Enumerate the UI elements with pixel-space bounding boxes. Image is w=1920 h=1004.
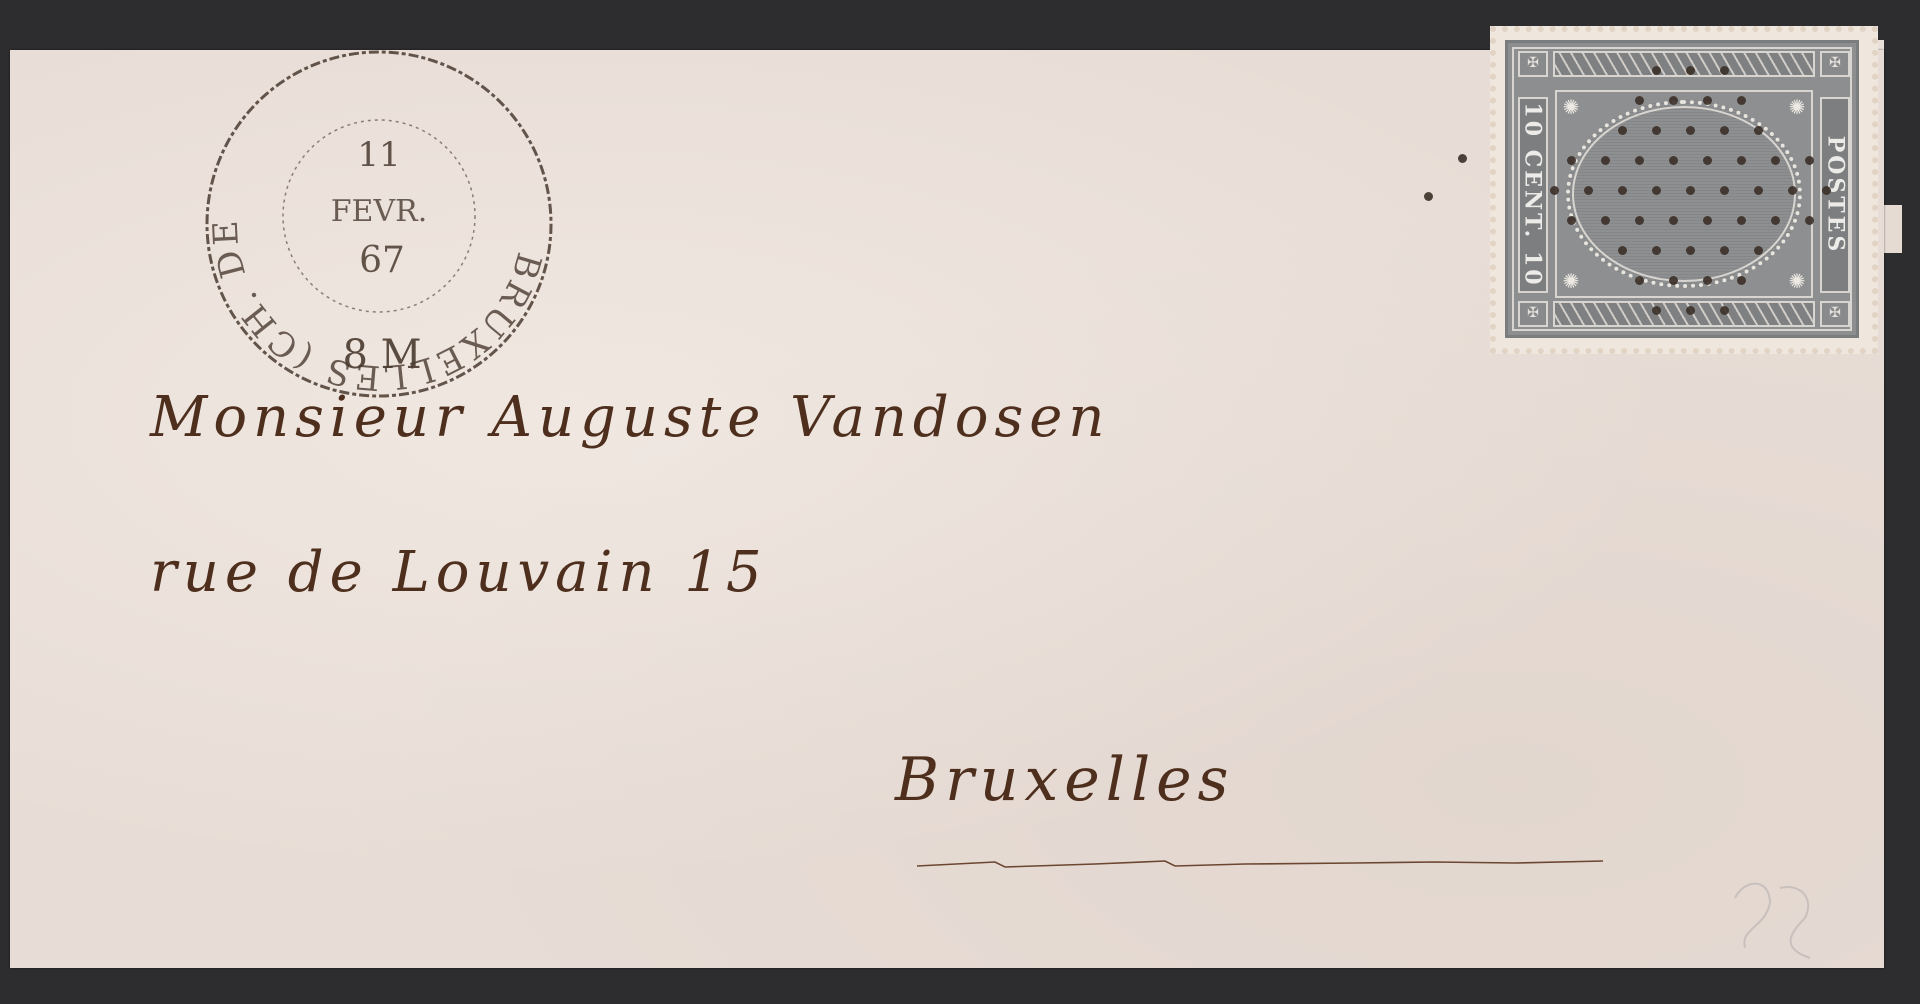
cancel-dot bbox=[1618, 126, 1627, 135]
postmark-month: FEVR. bbox=[331, 194, 428, 229]
cancel-dot bbox=[1652, 306, 1661, 315]
rosette-icon: ✺ bbox=[1786, 96, 1808, 118]
cancel-dot bbox=[1458, 154, 1467, 163]
cancel-dot bbox=[1601, 216, 1610, 225]
cancel-dot bbox=[1771, 156, 1780, 165]
cancel-dot bbox=[1424, 192, 1433, 201]
cancel-dot bbox=[1669, 96, 1678, 105]
cancel-dot bbox=[1652, 186, 1661, 195]
address-line-1: Monsieur Auguste Vandosen bbox=[150, 385, 1110, 450]
cancel-dot bbox=[1754, 126, 1763, 135]
stamp-right-label: POSTES bbox=[1820, 97, 1850, 293]
stamp-corner-ornament: ✠ bbox=[1820, 301, 1850, 327]
cancel-dot bbox=[1635, 216, 1644, 225]
cancel-dot bbox=[1652, 66, 1661, 75]
cancel-dot bbox=[1686, 246, 1695, 255]
cancel-dot bbox=[1635, 156, 1644, 165]
rosette-icon: ✺ bbox=[1560, 270, 1582, 292]
cancel-dot bbox=[1635, 96, 1644, 105]
cancel-dot bbox=[1618, 186, 1627, 195]
cancel-dot bbox=[1584, 186, 1593, 195]
cancel-dot bbox=[1754, 186, 1763, 195]
cancel-dot bbox=[1703, 276, 1712, 285]
cancel-dot bbox=[1720, 246, 1729, 255]
cancel-dot bbox=[1686, 186, 1695, 195]
stamp-corner-ornament: ✠ bbox=[1518, 51, 1548, 77]
rosette-icon: ✺ bbox=[1786, 270, 1808, 292]
stamp-bottom-band bbox=[1553, 301, 1815, 327]
postmark-day: 11 bbox=[357, 135, 400, 175]
cancel-dot bbox=[1567, 216, 1576, 225]
cancel-dot bbox=[1652, 126, 1661, 135]
stamp-left-label: 10 CENT. 10 bbox=[1518, 97, 1548, 293]
address-line-3: Bruxelles bbox=[895, 745, 1234, 815]
pencil-notation bbox=[1720, 868, 1830, 968]
cancel-dot bbox=[1788, 186, 1797, 195]
postmark-year: 67 bbox=[359, 240, 405, 281]
cancel-dot bbox=[1737, 216, 1746, 225]
cancel-dot bbox=[1669, 216, 1678, 225]
cancel-dot bbox=[1686, 306, 1695, 315]
cancel-dot bbox=[1720, 66, 1729, 75]
rosette-icon: ✺ bbox=[1560, 96, 1582, 118]
cancel-dot bbox=[1669, 156, 1678, 165]
cancel-dot bbox=[1635, 276, 1644, 285]
cancel-dot bbox=[1550, 186, 1559, 195]
cancel-dot bbox=[1703, 216, 1712, 225]
cancel-dot bbox=[1720, 306, 1729, 315]
cancel-dot bbox=[1822, 186, 1831, 195]
address-underline bbox=[915, 858, 1605, 870]
cancel-dot bbox=[1618, 246, 1627, 255]
cancel-dot bbox=[1601, 156, 1610, 165]
cancel-dot bbox=[1567, 156, 1576, 165]
postmark-time: 8 M bbox=[342, 332, 421, 378]
cancel-dot bbox=[1686, 66, 1695, 75]
stamp-corner-ornament: ✠ bbox=[1518, 301, 1548, 327]
cancel-dot bbox=[1737, 276, 1746, 285]
cancel-dot bbox=[1703, 156, 1712, 165]
cancel-dot bbox=[1754, 246, 1763, 255]
cancel-dot bbox=[1737, 96, 1746, 105]
cancel-dot bbox=[1805, 216, 1814, 225]
stamp-top-band bbox=[1553, 51, 1815, 77]
cancel-dot bbox=[1805, 156, 1814, 165]
cancel-dot bbox=[1669, 276, 1678, 285]
cancel-dot bbox=[1652, 246, 1661, 255]
address-line-2: rue de Louvain 15 bbox=[150, 540, 768, 605]
cancel-dot bbox=[1686, 126, 1695, 135]
cancel-dot bbox=[1720, 126, 1729, 135]
cancel-dot bbox=[1737, 156, 1746, 165]
cancel-dot bbox=[1720, 186, 1729, 195]
stamp-corner-ornament: ✠ bbox=[1820, 51, 1850, 77]
cancel-dot bbox=[1703, 96, 1712, 105]
postmark-bruxelles: BRUXELLES (CH. DE LOUVAIN) 11 FEVR. 67 8… bbox=[200, 46, 558, 402]
cancel-dot bbox=[1771, 216, 1780, 225]
